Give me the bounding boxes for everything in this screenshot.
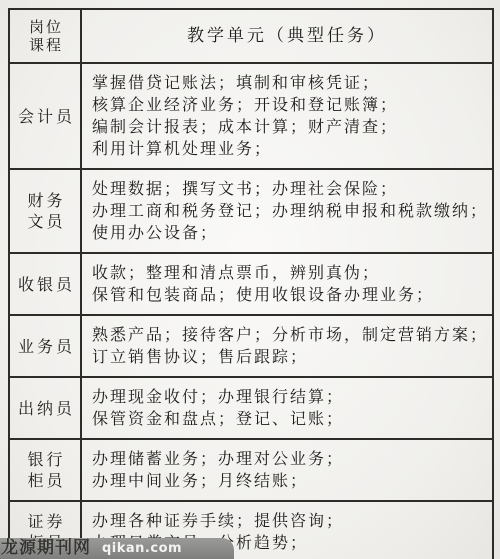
position-cell: 收银员 (10, 254, 82, 314)
task-line: 处理数据；撰写文书；办理社会保险； (92, 178, 488, 200)
position-cell: 出纳员 (10, 378, 82, 438)
table-row: 银行柜员办理储蓄业务；办理对公业务；办理中间业务；月终结账； (10, 438, 492, 500)
task-line: 订立销售协议；售后跟踪； (92, 346, 488, 368)
task-line: 办理工商和税务登记；办理纳税申报和税款缴纳； (92, 200, 488, 222)
position-label: 会计员 (15, 106, 75, 127)
position-label: 收银员 (15, 274, 75, 295)
task-line: 掌握借贷记账法；填制和审核凭证； (92, 72, 488, 94)
tasks-cell: 办理储蓄业务；办理对公业务；办理中间业务；月终结账； (82, 440, 492, 500)
position-label: 银行 (24, 449, 65, 470)
tasks-cell: 办理现金收付；办理银行结算；保管资金和盘点；登记、记账； (82, 378, 492, 438)
task-line: 收款；整理和清点票币，辨别真伪； (92, 262, 488, 284)
position-label: 出纳员 (15, 398, 75, 419)
tasks-cell: 熟悉产品；接待客户；分析市场，制定营销方案；订立销售协议；售后跟踪； (82, 316, 492, 376)
table-row: 出纳员办理现金收付；办理银行结算；保管资金和盘点；登记、记账； (10, 376, 492, 438)
task-line: 利用计算机处理业务； (92, 138, 488, 160)
position-label: 财务 (24, 190, 65, 211)
header-position-course-cell: 岗位 课程 (10, 10, 82, 62)
task-line: 熟悉产品；接待客户；分析市场，制定营销方案； (92, 324, 488, 346)
header-position-label: 岗位 (27, 18, 63, 36)
task-line: 办理现金收付；办理银行结算； (92, 386, 488, 408)
position-label: 柜员 (24, 470, 65, 491)
table-row: 财务文员处理数据；撰写文书；办理社会保险；办理工商和税务登记；办理纳税申报和税款… (10, 168, 492, 252)
task-line: 办理各种证券手续；提供咨询； (92, 510, 488, 532)
position-label: 文员 (24, 211, 65, 232)
header-course-label: 课程 (27, 36, 63, 54)
task-line: 保管资金和盘点；登记、记账； (92, 408, 488, 430)
position-cell: 业务员 (10, 316, 82, 376)
task-line: 核算企业经济业务；开设和登记账簿； (92, 94, 488, 116)
table-row: 收银员收款；整理和清点票币，辨别真伪；保管和包装商品；使用收银设备办理业务； (10, 252, 492, 314)
table-row: 业务员熟悉产品；接待客户；分析市场，制定营销方案；订立销售协议；售后跟踪； (10, 314, 492, 376)
task-line: 保管和包装商品；使用收银设备办理业务； (92, 284, 488, 306)
watermark-site-name: 龙源期刊网 (1, 538, 91, 559)
table-header-row: 岗位 课程 教学单元（典型任务） (10, 10, 492, 62)
position-cell: 会计员 (10, 64, 82, 168)
task-line: 使用办公设备； (92, 222, 488, 244)
position-cell: 财务文员 (10, 170, 82, 252)
task-line: 编制会计报表；成本计算；财产清查； (92, 116, 488, 138)
table-row: 会计员掌握借贷记账法；填制和审核凭证；核算企业经济业务；开设和登记账簿；编制会计… (10, 62, 492, 168)
position-course-table: 岗位 课程 教学单元（典型任务） 会计员掌握借贷记账法；填制和审核凭证；核算企业… (8, 8, 494, 559)
position-label: 业务员 (15, 336, 75, 357)
header-teaching-unit-title: 教学单元（典型任务） (187, 26, 387, 46)
position-cell: 银行柜员 (10, 440, 82, 500)
task-line: 办理储蓄业务；办理对公业务； (92, 448, 488, 470)
watermark-site-url: qikan.com (102, 540, 182, 557)
task-line: 办理中间业务；月终结账； (92, 470, 488, 492)
position-label: 证券 (24, 511, 65, 532)
header-teaching-unit-cell: 教学单元（典型任务） (82, 10, 492, 62)
tasks-cell: 处理数据；撰写文书；办理社会保险；办理工商和税务登记；办理纳税申报和税款缴纳；使… (82, 170, 492, 252)
tasks-cell: 收款；整理和清点票币，辨别真伪；保管和包装商品；使用收银设备办理业务； (82, 254, 492, 314)
tasks-cell: 掌握借贷记账法；填制和审核凭证；核算企业经济业务；开设和登记账簿；编制会计报表；… (82, 64, 492, 168)
